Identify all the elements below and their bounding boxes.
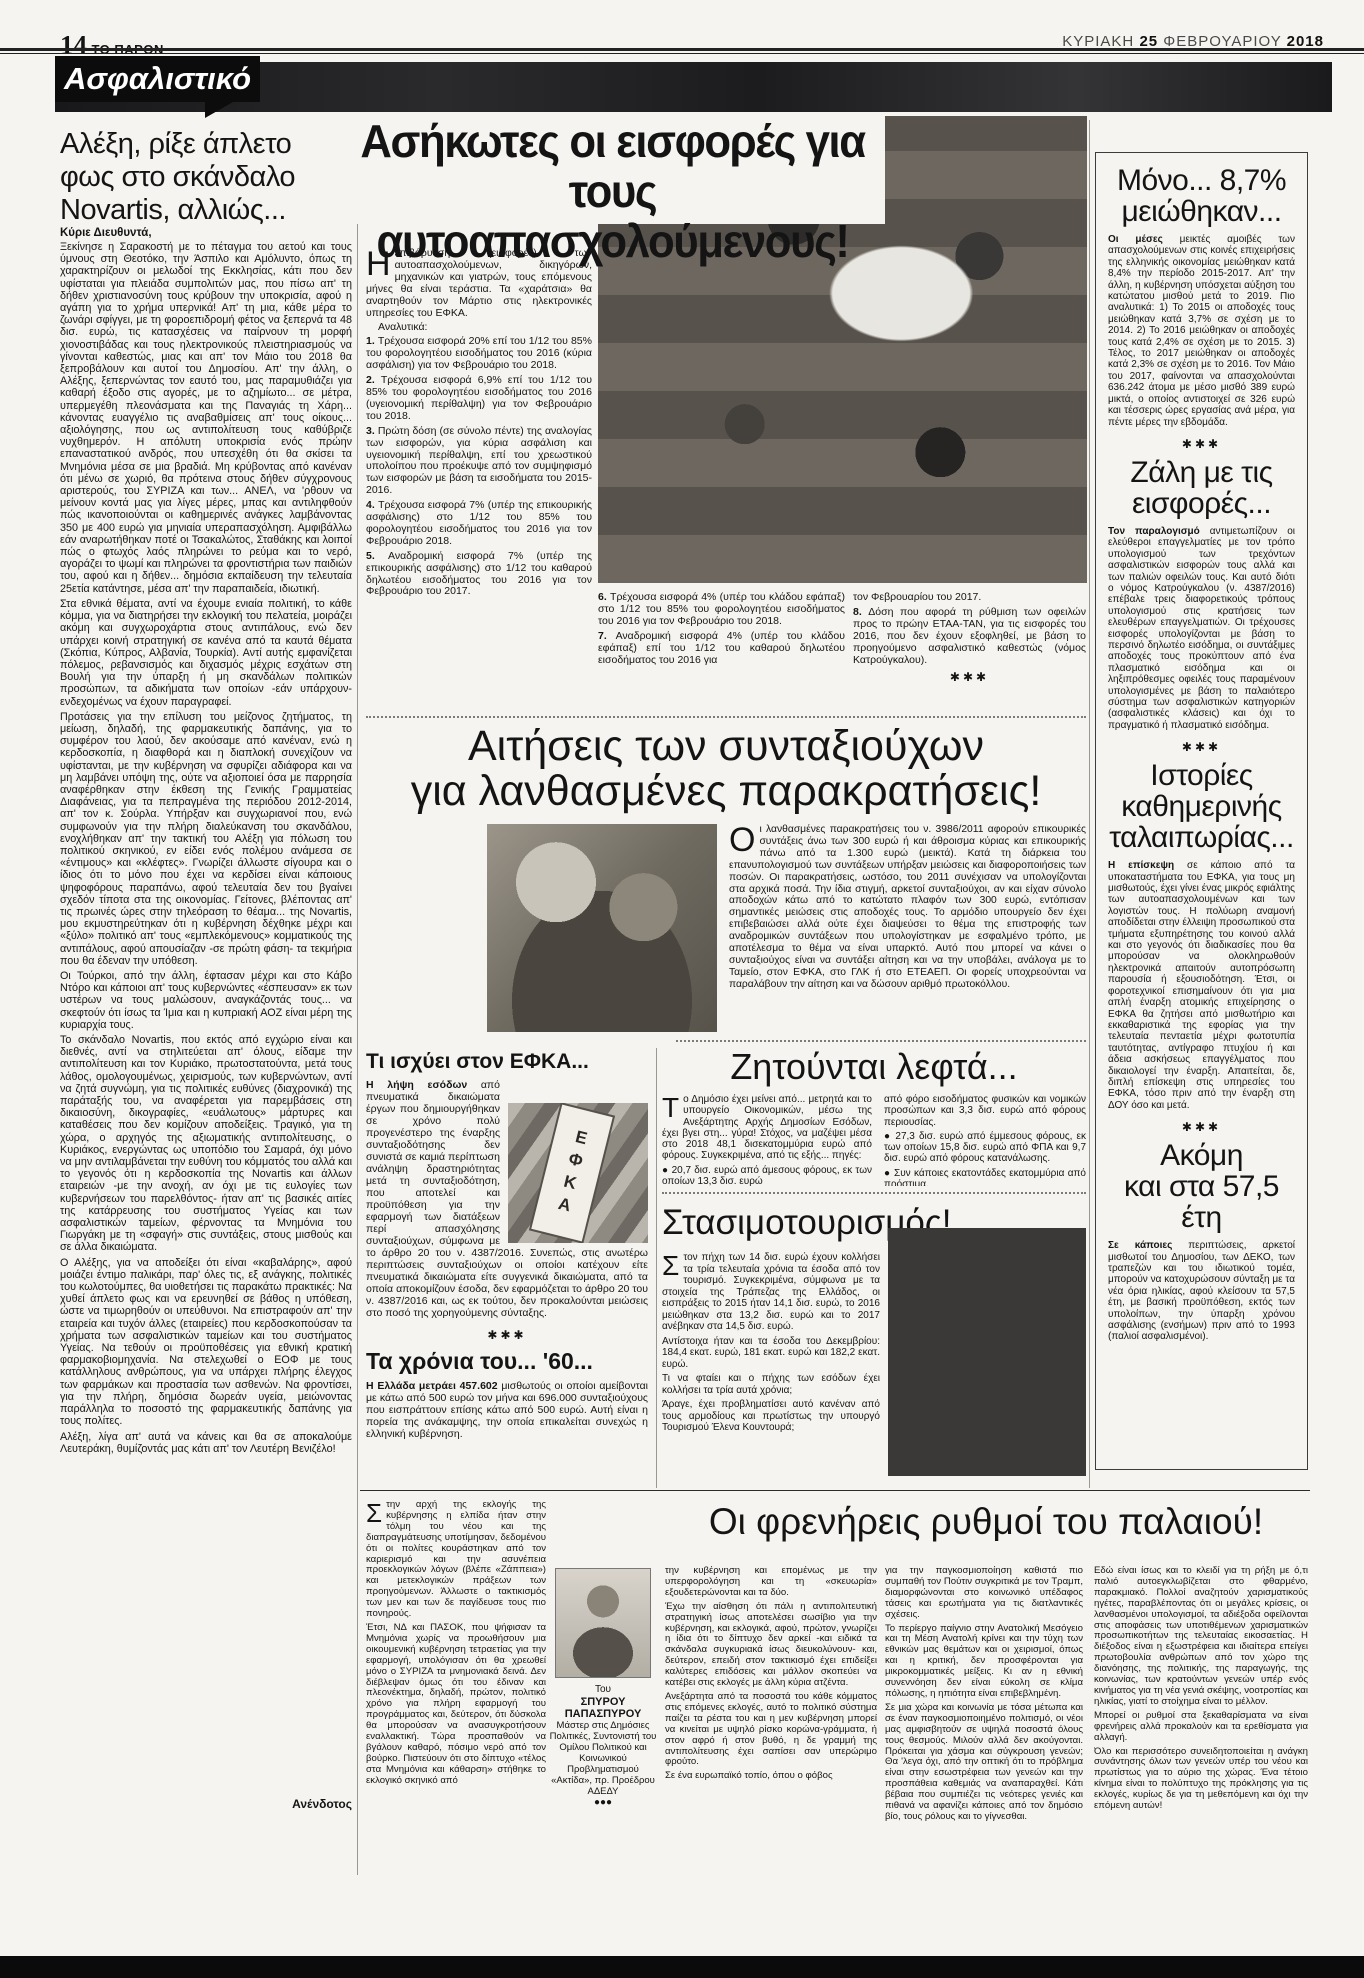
sidebar-a2-headline: Ζάλη με τις εισφορές... — [1108, 457, 1295, 519]
lefta-col-b: από φόρο εισοδήματος φυσικών και νομικών… — [884, 1094, 1086, 1186]
efka-sign: ΕΦΚΑ — [531, 1105, 612, 1242]
xronia-heading: Τα χρόνια του... '60... — [366, 1348, 648, 1375]
efka-article: Τι ισχύει στον ΕΦΚΑ... ΕΦΚΑ Η λήψη εσόδω… — [366, 1050, 648, 1443]
bottom-rule — [360, 1490, 1310, 1491]
efka-heading: Τι ισχύει στον ΕΦΚΑ... — [366, 1050, 648, 1074]
stasimo-photo — [888, 1228, 1086, 1476]
stasimo-dropcap: Σ — [662, 1252, 683, 1278]
bottom-col3: την κυβέρνηση και επομένως με την υπερφο… — [665, 1566, 877, 1868]
aitiseis-photo — [487, 824, 717, 1032]
bottom-col1: Στην αρχή της εκλογής της κυβέρνησης η ε… — [366, 1500, 546, 1868]
aitiseis-headline: Αιτήσεις των συνταξιούχων για λανθασμένε… — [366, 724, 1086, 814]
stars-separator: ✱✱✱ — [853, 672, 1086, 684]
letter-headline: Αλέξη, ρίξε άπλετο φως στο σκάνδαλο Nova… — [60, 128, 352, 227]
sidebar-a2-body: Τον παραλογισμό αντιμετωπίζουν οι ελεύθε… — [1108, 526, 1295, 734]
author-dots: ●●● — [549, 1797, 657, 1809]
main-item-8: τον Φεβρουαρίου του 2017. 8. Δόση που αφ… — [853, 592, 1086, 714]
efka-body: ΕΦΚΑ Η λήψη εσόδων από πνευματικά δικαιώ… — [366, 1079, 648, 1322]
bottom-col5: Εδώ είναι ίσως και το κλειδί για τη ρήξη… — [1094, 1566, 1308, 1868]
stars-separator: ✱✱✱ — [1108, 1120, 1295, 1134]
dotted-rule-1 — [366, 716, 1086, 718]
author-titles: Μάστερ στις Δημόσιες Πολιτικές, Συντονισ… — [549, 1720, 657, 1797]
xronia-body: Η Ελλάδα μετράει 457.602 μισθωτούς οι οπ… — [366, 1380, 648, 1443]
sidebar-a4-body: Σε κάποιες περιπτώσεις, αρκετοί μισθωτοί… — [1108, 1240, 1295, 1346]
bottom-col4: για την παγκοσμιοποίηση καθιστά πιο συμπ… — [885, 1566, 1083, 1868]
column-rule-right — [1089, 120, 1090, 1488]
stars-separator: ✱✱✱ — [1108, 437, 1295, 451]
stasimo-headline: Στασιμοτουρισμός! — [662, 1204, 887, 1241]
newspaper-page: 14 ΤΟ ΠΑΡΟΝ ΚΥΡΙΑΚΗ 25 ΦΕΒΡΟΥΑΡΙΟΥ 2018 … — [0, 0, 1364, 1978]
column-rule-left — [357, 120, 358, 1875]
main-headline: Ασήκωτες οι εισφορές για τους αυτοαπασχο… — [340, 116, 885, 266]
lefta-headline: Ζητούνται λεφτά... — [662, 1048, 1086, 1086]
stars-separator: ✱✱✱ — [1108, 740, 1295, 754]
sidebar-a3-body: Η επίσκεψη σε κάποιο από τα υποκαταστήμα… — [1108, 860, 1295, 1114]
dotted-rule-3 — [662, 1192, 1086, 1194]
section-label: Ασφαλιστικό — [55, 56, 260, 102]
letter-signature: Ανένδοτος — [60, 1797, 352, 1811]
main-items-6-7: 6. Τρέχουσα εισφορά 4% (υπέρ του κλάδου … — [598, 592, 845, 710]
bottom-headline: Οι φρενήρεις ρυθμοί του παλαιού! — [662, 1502, 1310, 1542]
efka-photo: ΕΦΚΑ — [508, 1103, 648, 1243]
stasimo-body: Στον πήχη των 14 δισ. ευρώ έχουν κολλήσε… — [662, 1252, 880, 1482]
aitiseis-dropcap: Ο — [729, 824, 759, 854]
main-items-1-5: 1. Τρέχουσα εισφορά 20% επί του 1/12 του… — [366, 336, 592, 598]
lefta-col-a: Το Δημόσιο έχει μείνει από... μετρητά κα… — [662, 1094, 872, 1186]
column-rule-mid — [656, 1048, 657, 1488]
bottom-author-box: Του ΣΠΥΡΟΥ ΠΑΠΑΣΠΥΡΟΥ Μάστερ στις Δημόσι… — [549, 1568, 657, 1809]
sidebar-a4-headline: Ακόμη και στα 57,5 έτη — [1108, 1140, 1295, 1233]
lefta-dropcap: Τ — [662, 1094, 683, 1120]
stars-separator: ✱✱✱ — [366, 1328, 648, 1342]
header-rule — [0, 48, 1364, 54]
letter-body: Ξεκίνησε η Σαρακοστή με το πέταγμα του α… — [60, 241, 352, 1797]
bottom-dropcap: Σ — [366, 1500, 386, 1524]
sidebar-a1-body: Οι μέσες μεικτές αμοιβές των απασχολούμε… — [1108, 234, 1295, 431]
author-photo — [555, 1568, 651, 1678]
letter-salutation: Κύριε Διευθυντά, — [60, 227, 352, 239]
letter-article: Αλέξη, ρίξε άπλετο φως στο σκάνδαλο Nova… — [60, 128, 352, 1811]
sidebar-a1-headline: Μόνο... 8,7% μειώθηκαν... — [1108, 165, 1295, 227]
main-dropcap: Η — [366, 248, 395, 278]
aitiseis-body: Οι λανθασμένες παρακρατήσεις του ν. 3986… — [729, 824, 1086, 1036]
sidebar-a3-headline: Ιστορίες καθημερινής ταλαιπωρίας... — [1108, 760, 1295, 853]
dotted-rule-2 — [676, 1040, 1086, 1042]
author-name: ΣΠΥΡΟΥ ΠΑΠΑΣΠΥΡΟΥ — [549, 1696, 657, 1720]
sidebar-box: Μόνο... 8,7% μειώθηκαν... Οι μέσες μεικτ… — [1095, 152, 1308, 1470]
bottom-black-bar — [0, 1956, 1364, 1978]
main-intro-and-list: Ηεπιβάρυνση (εισφορές) των αυτοαπασχολού… — [366, 248, 592, 706]
